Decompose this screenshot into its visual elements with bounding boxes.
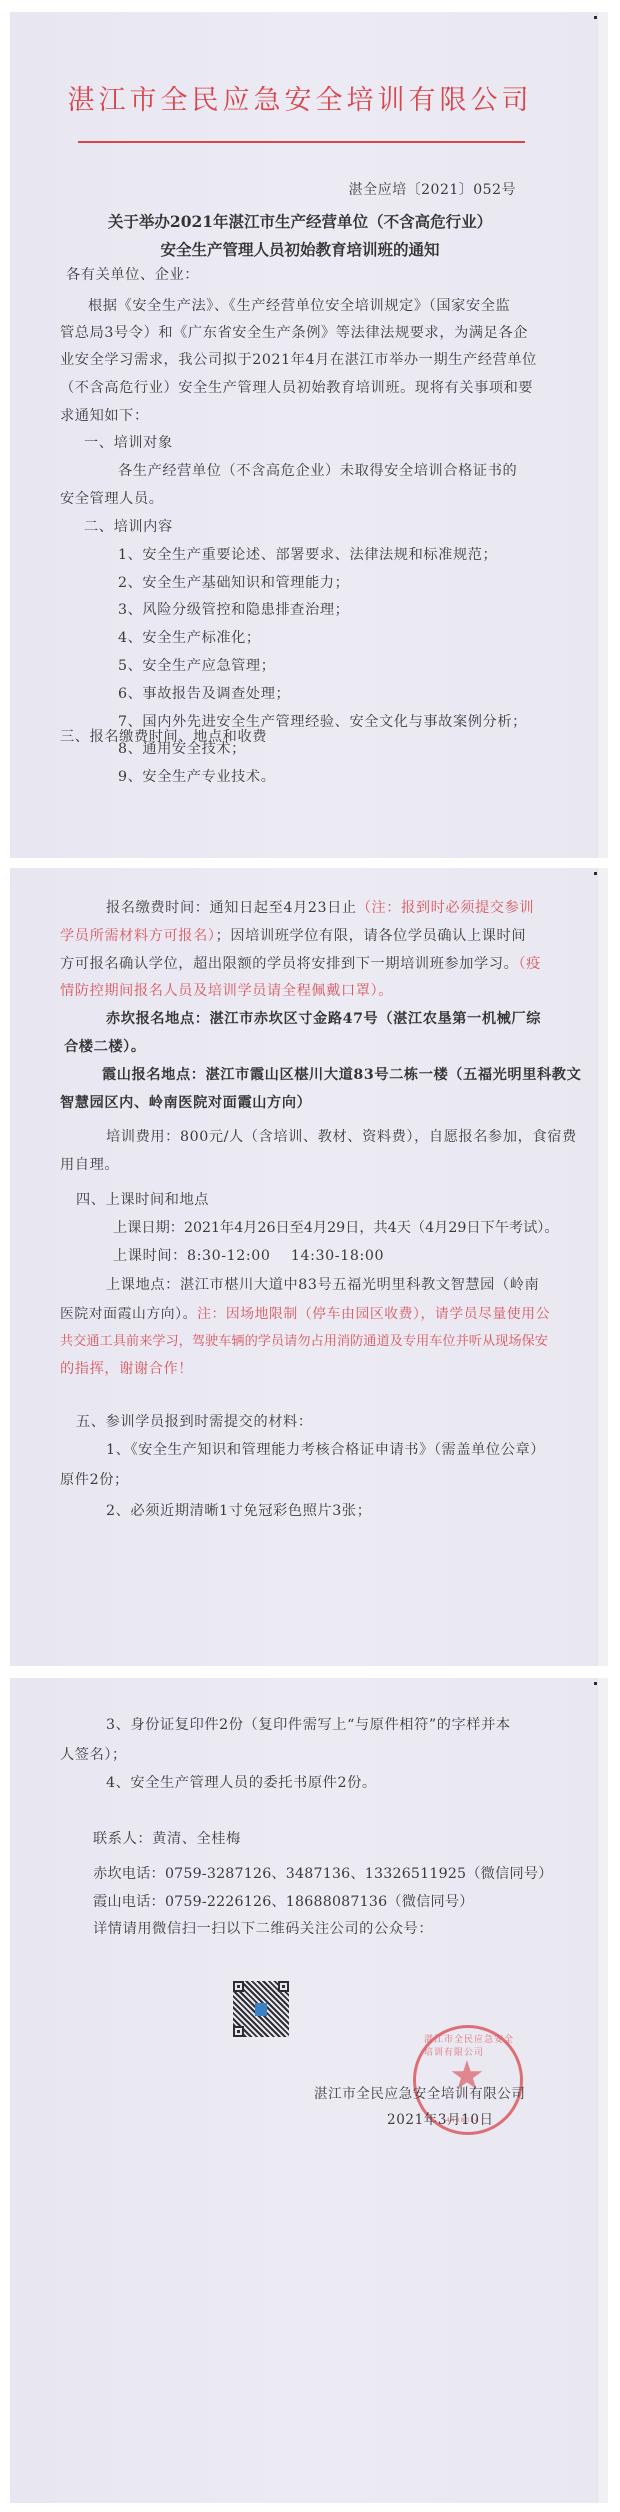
signature-company: 湛江市全民应急安全培训有限公司	[314, 2082, 526, 2102]
registration-time-line: 方可报名确认学位，超出限额的学员将安排到下一期培训班参加学习。（疫	[60, 953, 541, 973]
document-page-1: 湛江市全民应急安全培训有限公司 湛全应培〔2021〕052号 关于举办2021年…	[10, 12, 608, 858]
page-corner-mark	[594, 872, 608, 875]
materials-item: 原件2份；	[60, 1469, 129, 1489]
registration-time-line: 学员所需材料方可报名）；因培训班学位有限，请各位学员确认上课时间	[60, 925, 526, 945]
section-heading-materials: 五、参训学员报到时需提交的材料：	[76, 1411, 313, 1431]
document-page-3: 3、身份证复印件2份（复印件需写上“与原件相符”的字样并本 人签名）； 4、安全…	[10, 1678, 608, 2503]
class-date: 上课日期：2021年4月26日至4月29日，共4天（4月29日下午考试）。	[113, 1217, 559, 1237]
salutation: 各有关单位、企业：	[66, 264, 199, 284]
chikan-phone: 赤坎电话：0759-3287126、3487136、13326511925（微信…	[93, 1863, 553, 1883]
parking-note: 注：因场地限制（停车由园区收费），请学员尽量使用公	[197, 1306, 550, 1322]
training-target-text: 安全管理人员。	[60, 488, 164, 508]
wechat-qr-code-icon[interactable]	[233, 1981, 289, 2037]
training-fee: 培训费用：800元/人（含培训、教材、资料费），自愿报名参加，食宿费	[106, 1126, 577, 1146]
intro-line: （不含高危行业）安全生产管理人员初始教育培训班。现将有关事项和要	[60, 377, 533, 397]
xiashan-phone: 霞山电话：0759-2226126、18688087136（微信同号）	[93, 1891, 474, 1911]
class-location: 上课地点：湛江市椹川大道中83号五福光明里科教文智慧园（岭南	[106, 1274, 539, 1294]
intro-line: 管总局3号令）和《广东省安全生产条例》等法律法规要求，为满足各企	[60, 322, 528, 342]
qr-logo-icon	[255, 2003, 267, 2016]
xiashan-registration-location: 霞山报名地点：湛江市霞山区椹川大道83号二栋一楼（五福光明里科教文	[102, 1064, 581, 1084]
training-content-item: 9、安全生产专业技术。	[118, 766, 276, 786]
registration-note: 学员所需材料方可报名）	[60, 928, 216, 944]
notice-title-line-1: 关于举办2021年湛江市生产经营单位（不含高危行业）	[10, 210, 590, 232]
section-heading-training-content: 二、培训内容	[84, 516, 173, 536]
training-fee: 用自理。	[60, 1154, 119, 1174]
epidemic-note: 情防控期间报名人员及培训学员请全程佩戴口罩）。	[60, 980, 393, 1000]
training-content-item: 2、安全生产基础知识和管理能力；	[118, 572, 349, 592]
materials-item: 1、《安全生产知识和管理能力考核合格证申请书》（需盖单位公章）	[106, 1439, 545, 1459]
letterhead-company-name: 湛江市全民应急安全培训有限公司	[10, 78, 590, 117]
intro-line: 求通知如下：	[60, 405, 149, 425]
materials-item: 2、必须近期清晰1寸免冠彩色照片3张；	[106, 1500, 371, 1520]
training-target-text: 各生产经营单位（不含高危企业）未取得安全培训合格证书的	[118, 460, 517, 480]
signature-date: 2021年3月10日	[387, 2108, 494, 2128]
letterhead-rule	[78, 141, 525, 143]
section-heading-class-schedule: 四、上课时间和地点	[76, 1189, 209, 1209]
qr-prompt: 详情请用微信扫一扫以下二维码关注公司的公众号：	[93, 1918, 433, 1938]
training-content-item: 3、风险分级管控和隐患排查治理；	[118, 599, 349, 619]
training-content-item: 1、安全生产重要论述、部署要求、法律法规和标准规范；	[118, 544, 497, 564]
chikan-registration-location: 合楼二楼）。	[64, 1036, 146, 1056]
contact-person: 联系人：黄清、全桂梅	[93, 1828, 241, 1848]
section-heading-registration: 三、报名缴费时间、地点和收费	[60, 726, 267, 746]
section-heading-training-target: 一、培训对象	[84, 432, 173, 452]
class-location: 医院对面霞山方向）。注：因场地限制（停车由园区收费），请学员尽量使用公	[60, 1302, 550, 1322]
materials-item: 3、身份证复印件2份（复印件需写上“与原件相符”的字样并本	[106, 1714, 511, 1734]
document-page-2: 报名缴费时间：通知日起至4月23日止（注：报到时必须提交参训 学员所需材料方可报…	[10, 868, 608, 1666]
chikan-registration-location: 赤坎报名地点：湛江市赤坎区寸金路47号（湛江农垦第一机械厂综	[106, 1008, 541, 1028]
page-corner-mark	[594, 16, 608, 19]
class-time: 上课时间：8:30-12:00 14:30-18:00	[113, 1245, 384, 1265]
parking-note: 的指挥，谢谢合作！	[60, 1358, 193, 1378]
intro-line: 业安全学习需求，我公司拟于2021年4月在湛江市举办一期生产经营单位	[60, 349, 537, 369]
parking-note: 共交通工具前来学习，驾驶车辆的学员请勿占用消防通道及专用车位并听从现场保安	[60, 1330, 548, 1349]
training-content-item: 5、安全生产应急管理；	[118, 655, 276, 675]
epidemic-note: （疫	[518, 956, 540, 972]
materials-item: 人签名）；	[60, 1744, 127, 1764]
notice-title-line-2: 安全生产管理人员初始教育培训班的通知	[10, 238, 590, 260]
xiashan-registration-location: 智慧园区内、岭南医院对面霞山方向）	[60, 1092, 311, 1112]
materials-item: 4、安全生产管理人员的委托书原件2份。	[106, 1772, 377, 1792]
qr-finder-icon	[278, 1981, 289, 1992]
qr-finder-icon	[233, 2026, 244, 2037]
page-corner-mark	[594, 1682, 608, 1685]
document-number: 湛全应培〔2021〕052号	[349, 179, 516, 199]
intro-line: 根据《安全生产法》、《生产经营单位安全培训规定》（国家安全监	[88, 295, 510, 315]
training-content-item: 6、事故报告及调查处理；	[118, 683, 290, 703]
registration-note: （注：报到时必须提交参训	[357, 900, 534, 916]
registration-time-line: 报名缴费时间：通知日起至4月23日止（注：报到时必须提交参训	[106, 897, 534, 917]
training-content-item: 4、安全生产标准化；	[118, 627, 261, 647]
qr-finder-icon	[233, 1981, 244, 1992]
